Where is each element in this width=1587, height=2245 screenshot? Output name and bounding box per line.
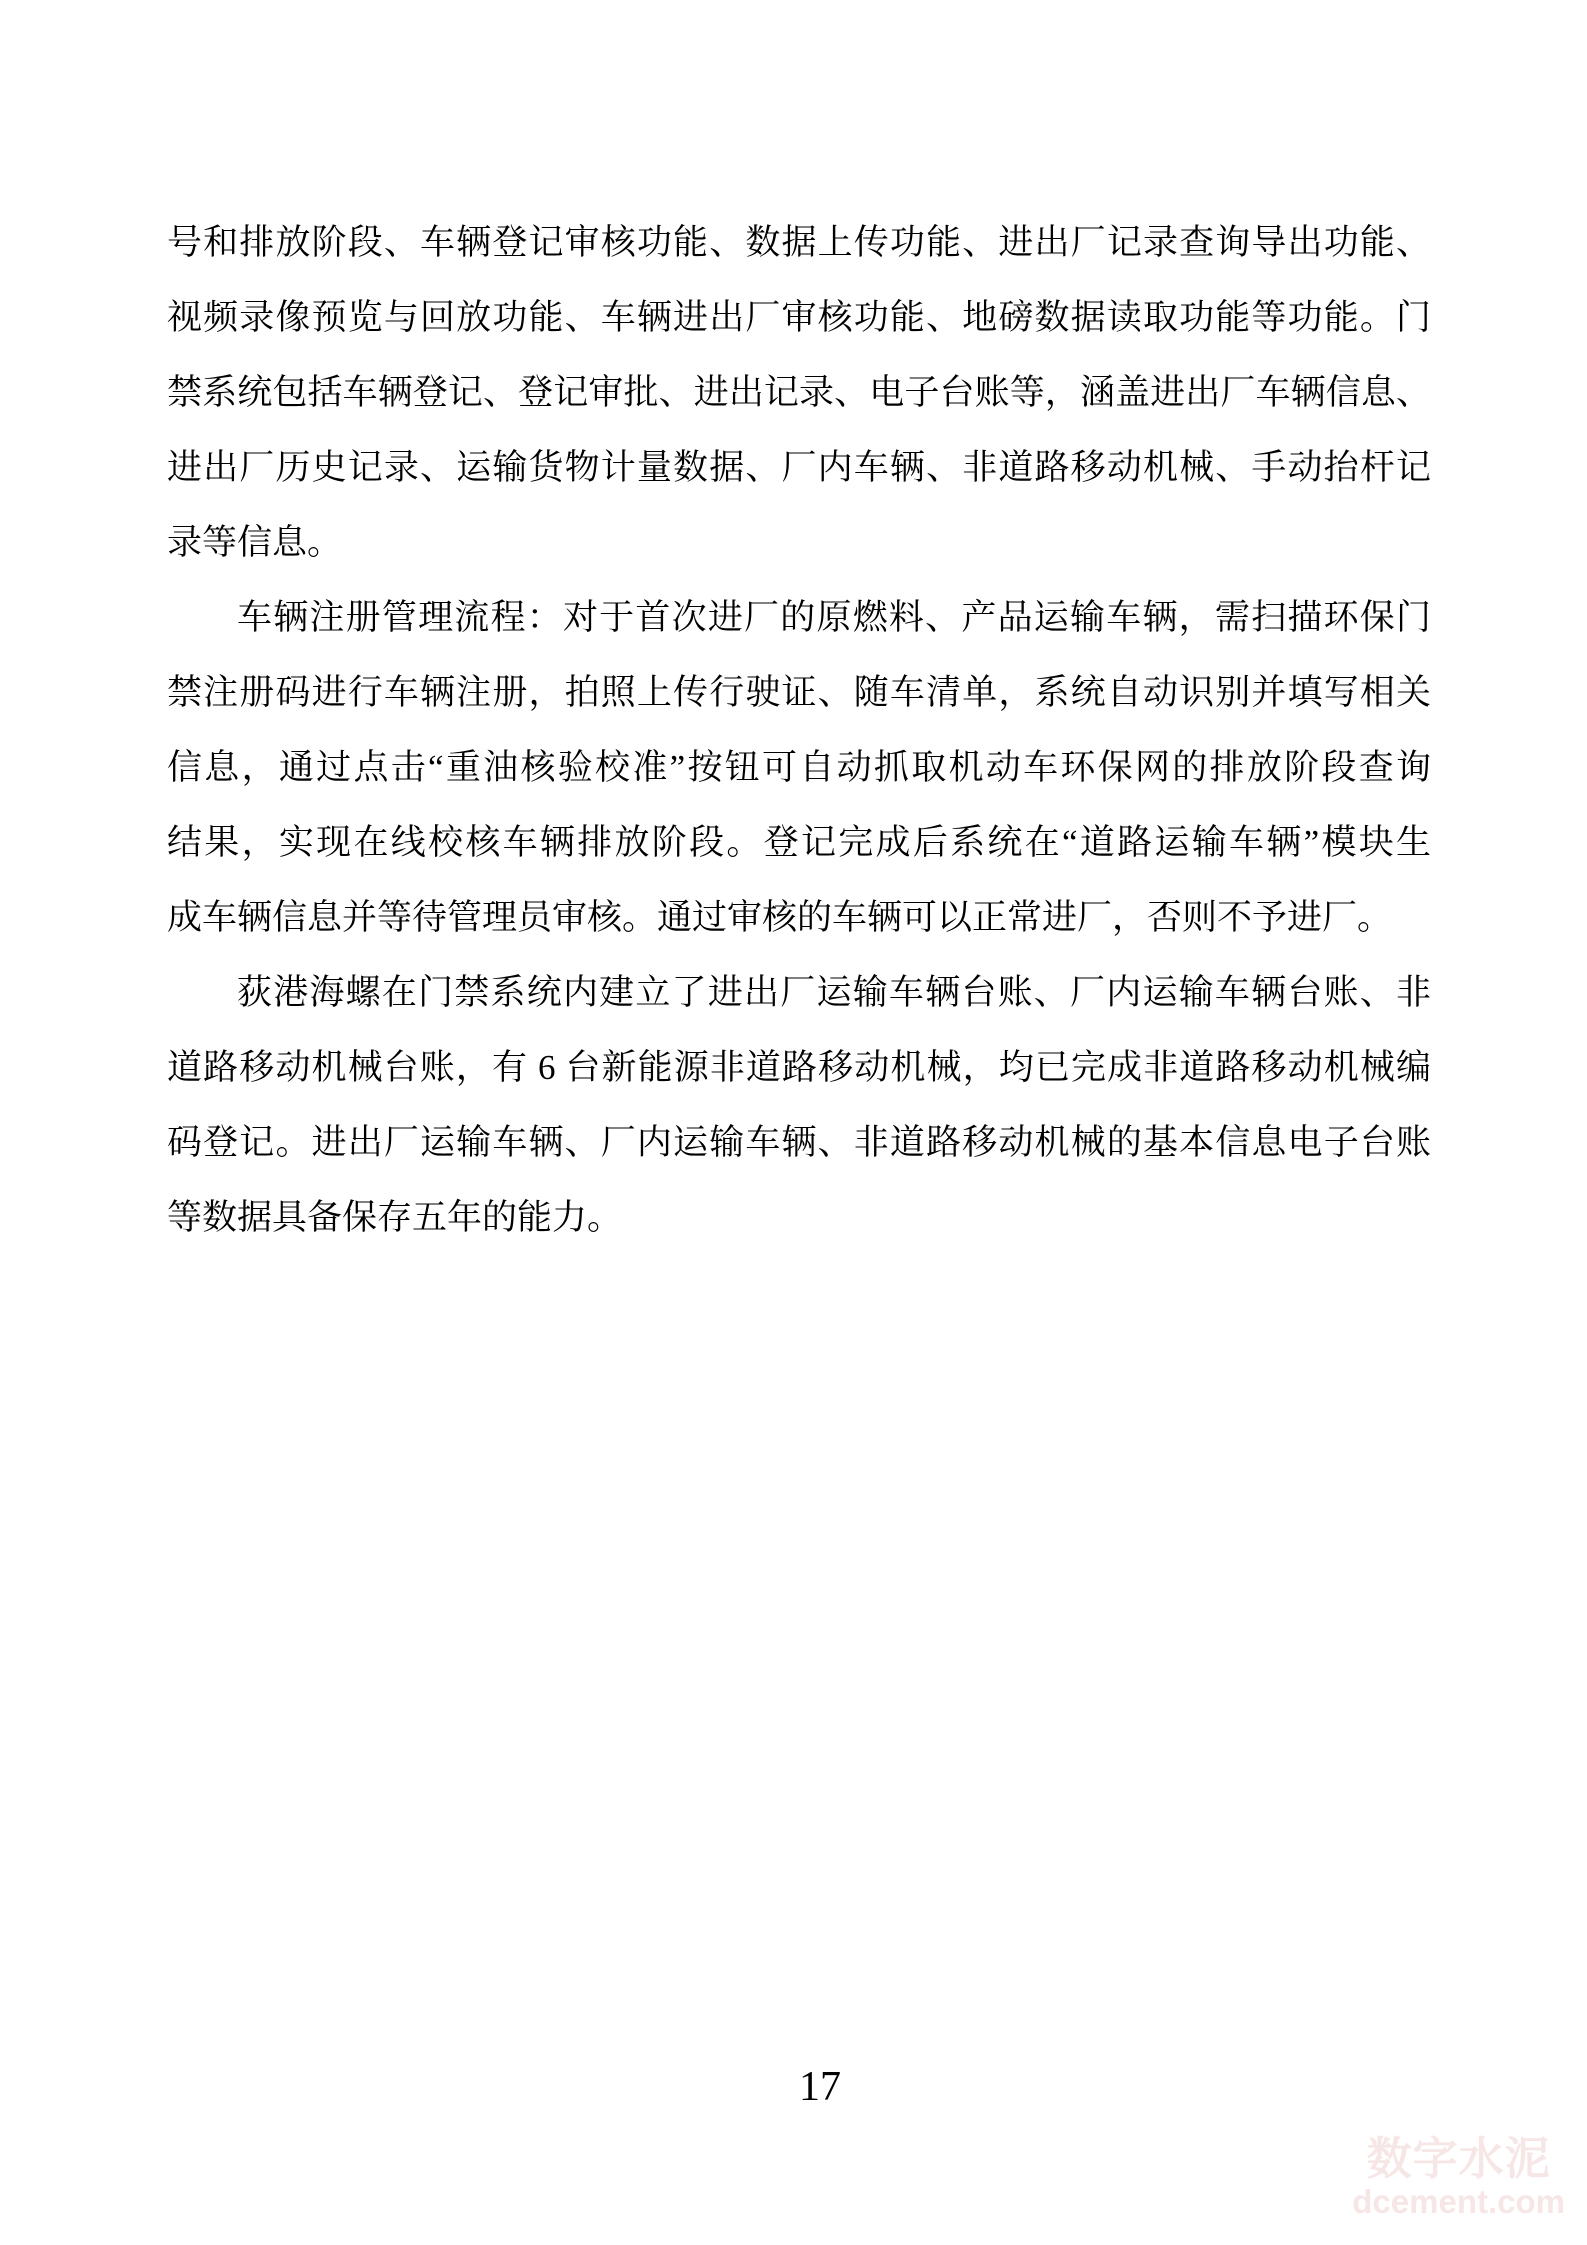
body-text: 号和排放阶段、车辆登记审核功能、数据上传功能、进出厂记录查询导出功能、视频录像预…	[167, 205, 1431, 1255]
text-line: 进出厂历史记录、运输货物计量数据、厂内车辆、非道路移动机械、手动抬杆记	[167, 430, 1431, 505]
text-line: 道路移动机械台账，有 6 台新能源非道路移动机械，均已完成非道路移动机械编	[167, 1030, 1431, 1105]
text-line: 车辆注册管理流程：对于首次进厂的原燃料、产品运输车辆，需扫描环保门	[167, 580, 1431, 655]
text-line: 荻港海螺在门禁系统内建立了进出厂运输车辆台账、厂内运输车辆台账、非	[167, 955, 1431, 1030]
text-line: 结果，实现在线校核车辆排放阶段。登记完成后系统在“道路运输车辆”模块生	[167, 805, 1431, 880]
paragraph: 号和排放阶段、车辆登记审核功能、数据上传功能、进出厂记录查询导出功能、视频录像预…	[167, 205, 1431, 580]
text-line: 录等信息。	[167, 505, 1431, 580]
text-line: 视频录像预览与回放功能、车辆进出厂审核功能、地磅数据读取功能等功能。门	[167, 280, 1431, 355]
page-number: 17	[0, 2062, 1587, 2112]
paragraph: 荻港海螺在门禁系统内建立了进出厂运输车辆台账、厂内运输车辆台账、非道路移动机械台…	[167, 955, 1431, 1255]
watermark-title: 数字水泥	[1352, 2135, 1565, 2183]
text-line: 号和排放阶段、车辆登记审核功能、数据上传功能、进出厂记录查询导出功能、	[167, 205, 1431, 280]
text-line: 禁注册码进行车辆注册，拍照上传行驶证、随车清单，系统自动识别并填写相关	[167, 655, 1431, 730]
watermark-domain: dcement.com	[1352, 2185, 1565, 2219]
text-line: 码登记。进出厂运输车辆、厂内运输车辆、非道路移动机械的基本信息电子台账	[167, 1105, 1431, 1180]
document-page: 号和排放阶段、车辆登记审核功能、数据上传功能、进出厂记录查询导出功能、视频录像预…	[0, 0, 1587, 2245]
text-line: 禁系统包括车辆登记、登记审批、进出记录、电子台账等，涵盖进出厂车辆信息、	[167, 355, 1431, 430]
text-line: 成车辆信息并等待管理员审核。通过审核的车辆可以正常进厂，否则不予进厂。	[167, 880, 1431, 955]
paragraph: 车辆注册管理流程：对于首次进厂的原燃料、产品运输车辆，需扫描环保门禁注册码进行车…	[167, 580, 1431, 955]
text-line: 等数据具备保存五年的能力。	[167, 1180, 1431, 1255]
text-line: 信息，通过点击“重油核验校准”按钮可自动抓取机动车环保网的排放阶段查询	[167, 730, 1431, 805]
watermark: 数字水泥 dcement.com	[1352, 2135, 1565, 2219]
